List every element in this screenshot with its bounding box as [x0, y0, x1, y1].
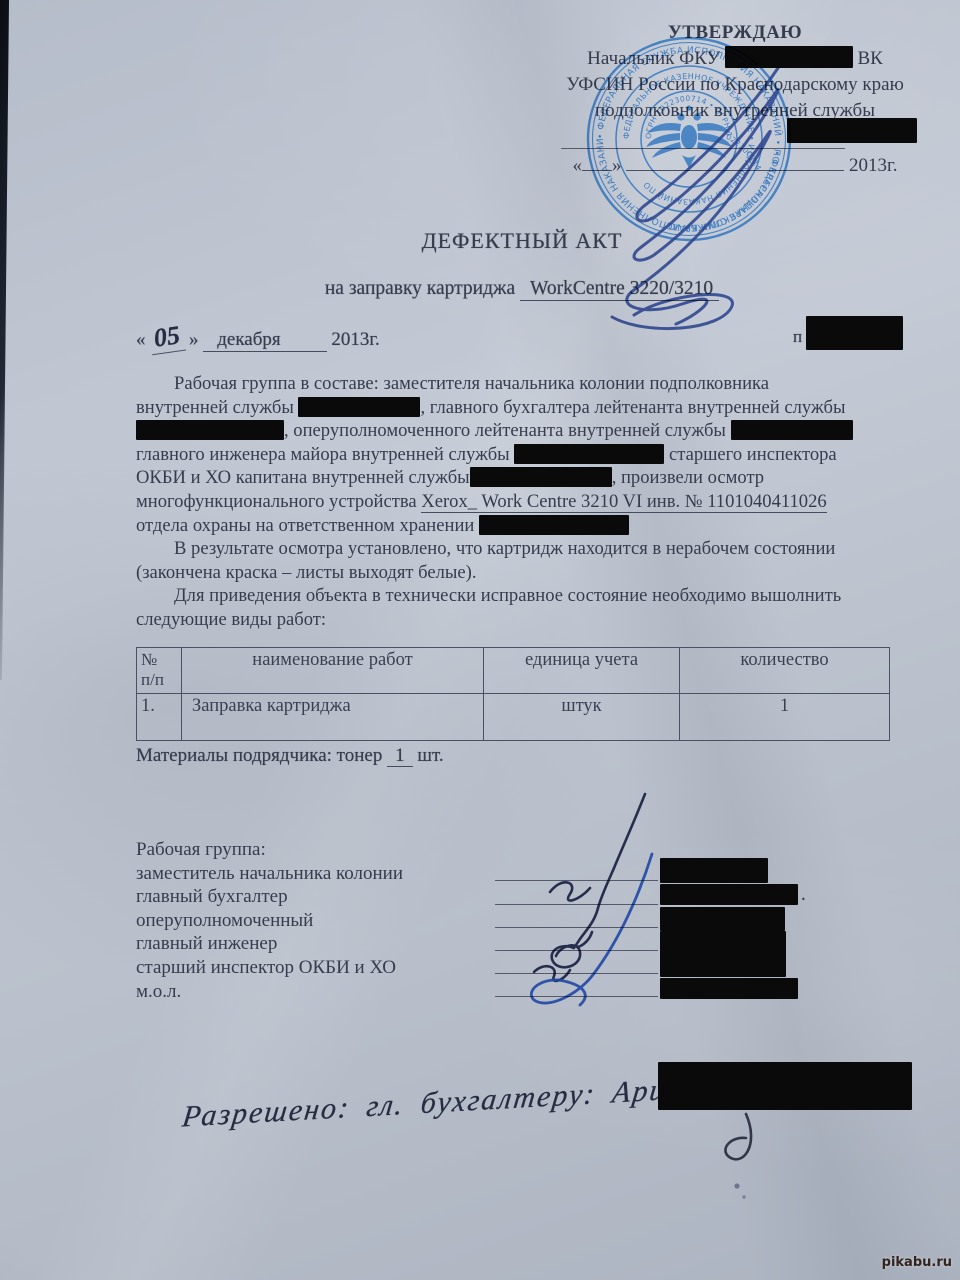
site-watermark: pikabu.ru	[882, 1255, 952, 1270]
redaction-box	[658, 1062, 912, 1110]
photographed-document: УТВЕРЖДАЮ Начальник ФКУ ВК УФСИН России …	[0, 0, 960, 1280]
redaction-box	[660, 884, 798, 905]
redaction-box	[806, 316, 903, 350]
redaction-box	[660, 978, 798, 999]
redaction-box	[660, 858, 768, 883]
redaction-box	[660, 907, 785, 931]
redaction-box	[660, 931, 786, 977]
